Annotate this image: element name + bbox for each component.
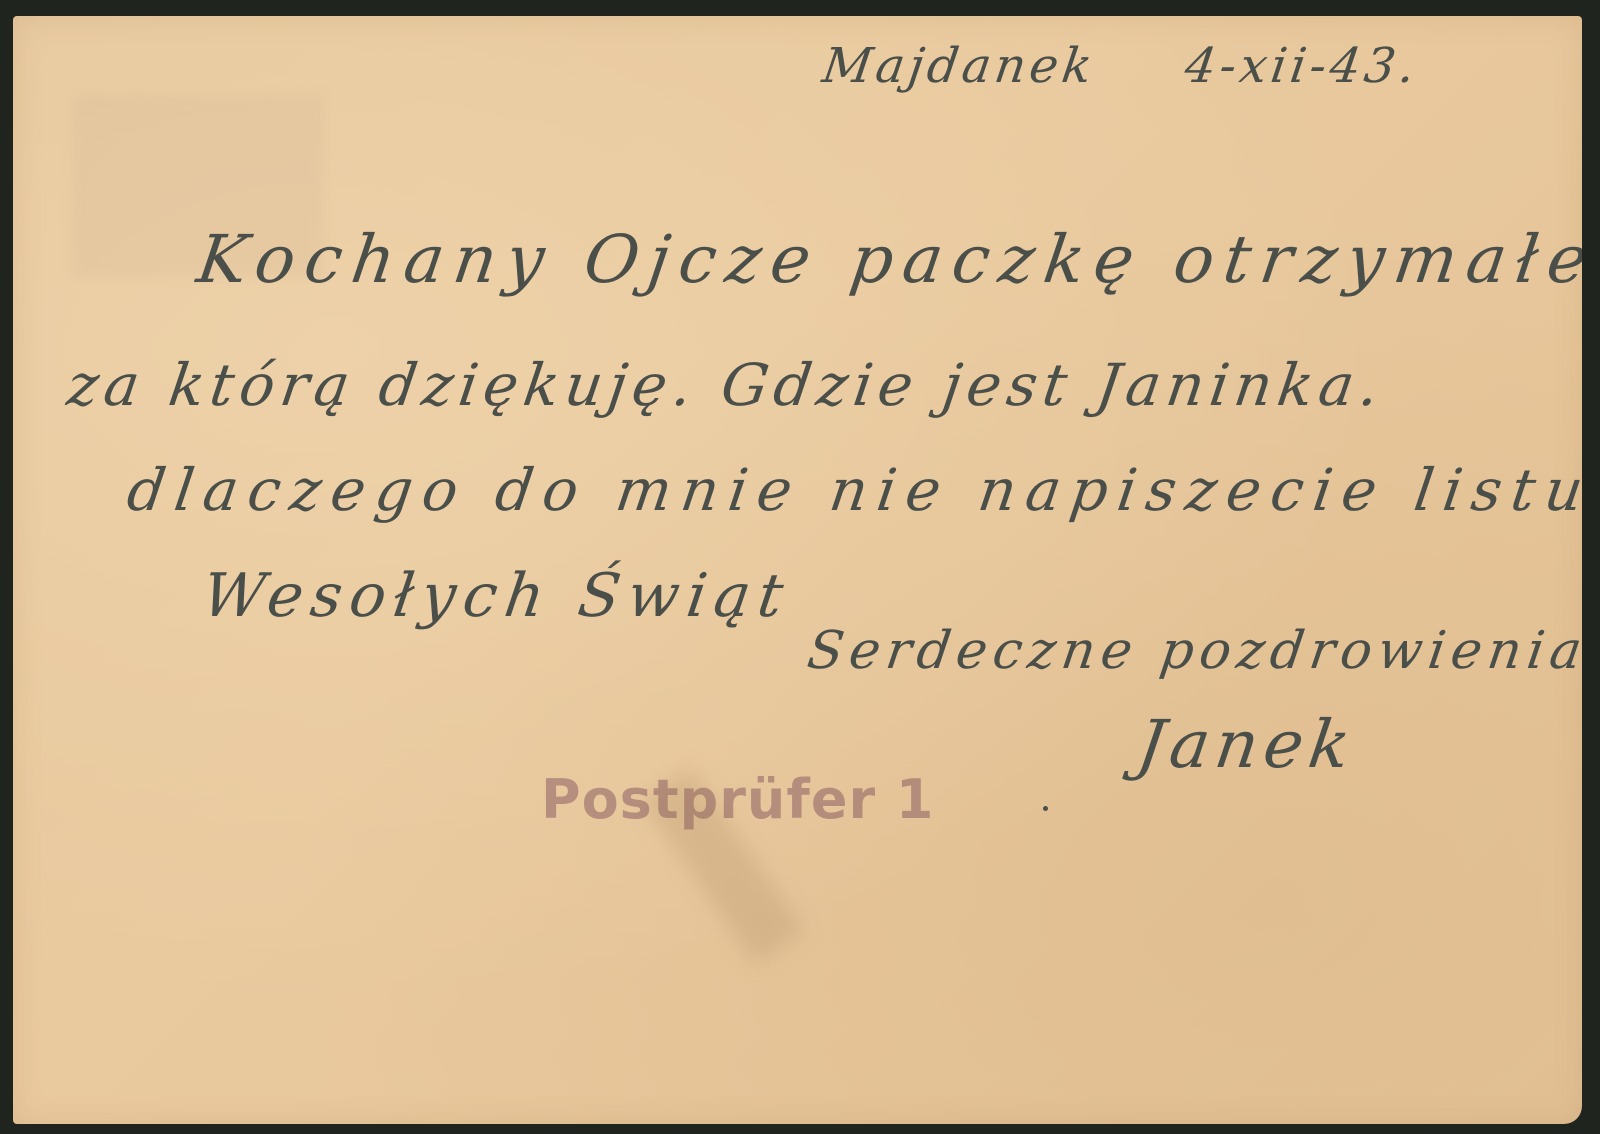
place-and-date: Majdanek4-xii-43. (819, 38, 1422, 94)
signature: Janek (1133, 706, 1361, 783)
letter-line-2: za którą dziękuję. Gdzie jest Janinka. (63, 351, 1389, 419)
date: 4-xii-43. (1181, 38, 1422, 94)
letter-line-3: dlaczego do mnie nie napiszecie listu (123, 456, 1582, 524)
letter-line-4: Wesołych Świąt (198, 561, 795, 631)
letter-line-5: Serdeczne pozdrowienia (804, 621, 1582, 681)
letter-line-1: Kochany Ojcze paczkę otrzymałem (193, 221, 1582, 298)
censor-stamp: Postprüfer 1 (541, 768, 934, 831)
postcard: Majdanek4-xii-43. Kochany Ojcze paczkę o… (13, 16, 1582, 1124)
place: Majdanek (819, 38, 1099, 94)
ink-dot (1043, 806, 1048, 811)
